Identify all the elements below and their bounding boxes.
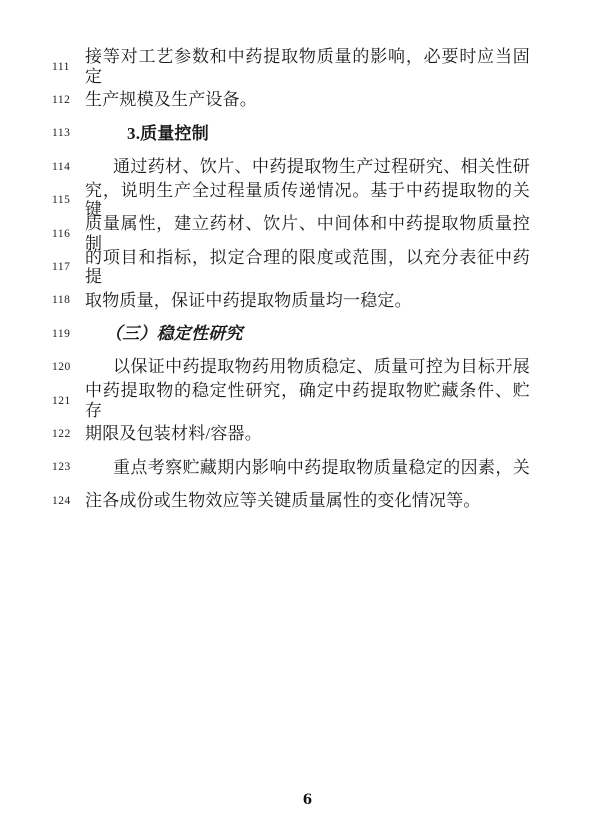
section-heading-stability-study: （三）稳定性研究 [85, 324, 530, 344]
line-row: 113 3.质量控制 [0, 117, 615, 150]
line-row: 121 中药提取物的稳定性研究，确定中药提取物贮藏条件、贮存 [0, 384, 615, 417]
line-row: 122 期限及包装材料/容器。 [0, 417, 615, 450]
line-number: 115 [52, 194, 85, 206]
line-row: 123 重点考察贮藏期内影响中药提取物质量稳定的因素，关 [0, 451, 615, 484]
line-row: 118 取物质量，保证中药提取物质量均一稳定。 [0, 284, 615, 317]
line-row: 111 接等对工艺参数和中药提取物质量的影响，必要时应当固定 [0, 50, 615, 83]
line-number: 117 [52, 261, 85, 273]
line-text: 取物质量，保证中药提取物质量均一稳定。 [85, 291, 530, 311]
section-heading-quality-control: 3.质量控制 [85, 124, 530, 144]
line-text: 生产规模及生产设备。 [85, 90, 530, 110]
line-number: 113 [52, 127, 85, 139]
line-number: 114 [52, 161, 85, 173]
line-row: 115 究，说明生产全过程量质传递情况。基于中药提取物的关键 [0, 184, 615, 217]
line-number: 118 [52, 294, 85, 306]
line-text: 中药提取物的稳定性研究，确定中药提取物贮藏条件、贮存 [85, 381, 530, 420]
line-row: 114 通过药材、饮片、中药提取物生产过程研究、相关性研 [0, 150, 615, 183]
line-number: 123 [52, 461, 85, 473]
line-text: 接等对工艺参数和中药提取物质量的影响，必要时应当固定 [85, 47, 530, 86]
line-number: 119 [52, 328, 85, 340]
line-number: 111 [52, 61, 85, 73]
line-row: 112 生产规模及生产设备。 [0, 83, 615, 116]
line-number: 112 [52, 94, 85, 106]
line-text: 注各成份或生物效应等关键质量属性的变化情况等。 [85, 491, 530, 511]
line-text: 重点考察贮藏期内影响中药提取物质量稳定的因素，关 [85, 458, 530, 478]
line-row: 117 的项目和指标，拟定合理的限度或范围，以充分表征中药提 [0, 250, 615, 283]
line-number: 124 [52, 495, 85, 507]
line-row: 119 （三）稳定性研究 [0, 317, 615, 350]
line-number: 122 [52, 428, 85, 440]
line-text: 的项目和指标，拟定合理的限度或范围，以充分表征中药提 [85, 248, 530, 287]
line-number: 116 [52, 228, 85, 240]
line-text: 以保证中药提取物药用物质稳定、质量可控为目标开展 [85, 357, 530, 377]
line-row: 124 注各成份或生物效应等关键质量属性的变化情况等。 [0, 484, 615, 517]
line-text: 期限及包装材料/容器。 [85, 424, 530, 444]
page-number: 6 [303, 792, 312, 808]
line-number: 121 [52, 395, 85, 407]
line-text: 通过药材、饮片、中药提取物生产过程研究、相关性研 [85, 157, 530, 177]
numbered-text-block: 111 接等对工艺参数和中药提取物质量的影响，必要时应当固定 112 生产规模及… [0, 50, 615, 517]
line-row: 116 质量属性，建立药材、饮片、中间体和中药提取物质量控制 [0, 217, 615, 250]
line-row: 120 以保证中药提取物药用物质稳定、质量可控为目标开展 [0, 351, 615, 384]
line-number: 120 [52, 361, 85, 373]
document-page: 111 接等对工艺参数和中药提取物质量的影响，必要时应当固定 112 生产规模及… [0, 0, 615, 834]
page-footer: 6 [0, 791, 615, 809]
